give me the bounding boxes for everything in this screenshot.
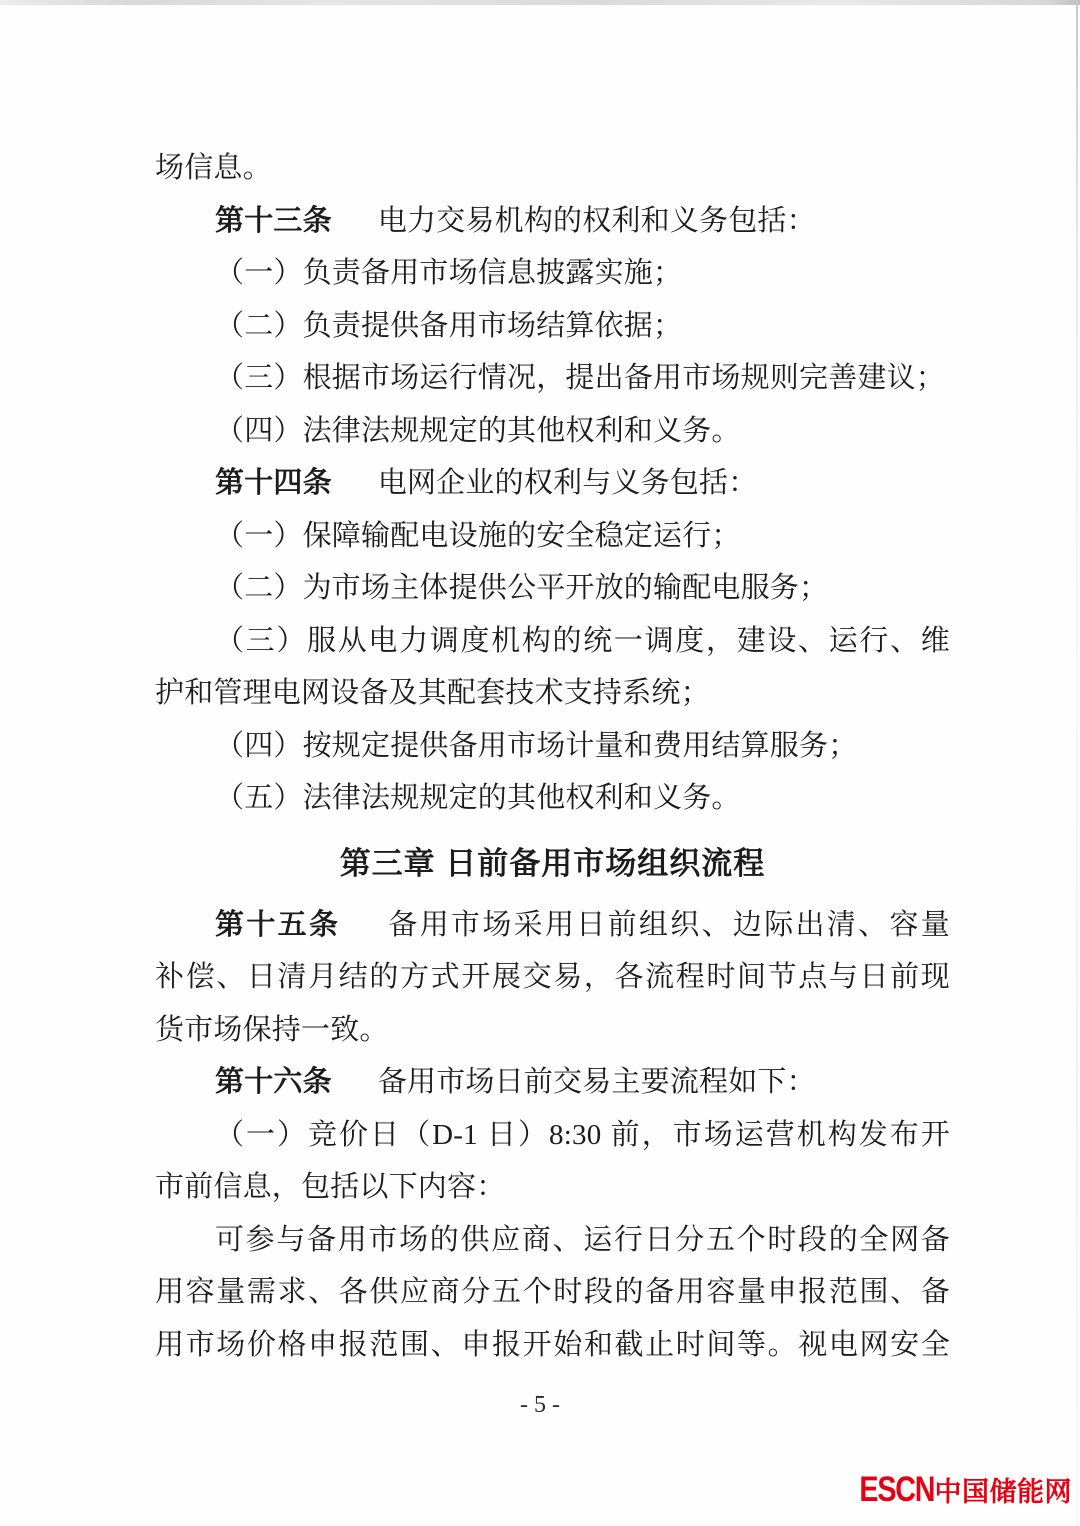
text-line: （四）按规定提供备用市场计量和费用结算服务； — [155, 726, 950, 779]
text-line: 第十六条备用市场日前交易主要流程如下： — [155, 1062, 950, 1115]
text-line: （三）根据市场运行情况，提出备用市场规则完善建议； — [155, 358, 950, 411]
scan-edge-top — [0, 0, 1080, 5]
text-line: （一）竞价日（D-1 日）8:30 前，市场运营机构发布开 — [155, 1115, 950, 1168]
text-run: （三）服从电力调度机构的统一调度，建设、运行、维 — [215, 625, 950, 657]
text-line: 用市场价格申报范围、申报开始和截止时间等。视电网安全 — [155, 1325, 950, 1378]
text-line: 第十三条电力交易机构的权利和义务包括： — [155, 201, 950, 254]
text-run: 第三章 日前备用市场组织流程 — [340, 846, 766, 881]
scan-edge-right — [1076, 0, 1078, 1526]
text-run: （一）竞价日（D-1 日）8:30 前，市场运营机构发布开 — [215, 1119, 950, 1151]
page-number: - 5 - — [0, 1392, 1080, 1419]
text-run: 场信息。 — [155, 152, 272, 184]
article-number: 第十四条 — [215, 467, 332, 499]
text-run: （四）按规定提供备用市场计量和费用结算服务； — [215, 730, 857, 762]
text-run: （二）负责提供备用市场结算依据； — [215, 310, 682, 342]
logo-latin-text: ESCN — [860, 1470, 935, 1510]
text-line: （三）服从电力调度机构的统一调度，建设、运行、维 — [155, 621, 950, 674]
text-line: 第十四条电网企业的权利与义务包括： — [155, 463, 950, 516]
text-run: 备用市场日前交易主要流程如下： — [378, 1066, 816, 1098]
text-run: 电网企业的权利与义务包括： — [378, 467, 758, 499]
text-run: （一）负责备用市场信息披露实施； — [215, 257, 682, 289]
chapter-heading: 第三章 日前备用市场组织流程 — [155, 831, 950, 905]
text-line: （二）负责提供备用市场结算依据； — [155, 306, 950, 359]
text-line: （四）法律法规规定的其他权利和义务。 — [155, 411, 950, 464]
document-body: 场信息。第十三条电力交易机构的权利和义务包括：（一）负责备用市场信息披露实施；（… — [155, 148, 950, 1377]
article-number: 第十三条 — [215, 205, 332, 237]
text-line: 市前信息，包括以下内容： — [155, 1167, 950, 1220]
text-run: 市前信息，包括以下内容： — [155, 1171, 505, 1203]
text-run: （三）根据市场运行情况，提出备用市场规则完善建议； — [215, 362, 945, 394]
text-line: （五）法律法规规定的其他权利和义务。 — [155, 778, 950, 831]
article-number: 第十六条 — [215, 1066, 332, 1098]
text-run: 用市场价格申报范围、申报开始和截止时间等。视电网安全 — [155, 1329, 950, 1361]
text-run: 可参与备用市场的供应商、运行日分五个时段的全网备 — [215, 1224, 950, 1256]
text-run: 护和管理电网设备及其配套技术支持系统； — [155, 677, 710, 709]
document-page: 场信息。第十三条电力交易机构的权利和义务包括：（一）负责备用市场信息披露实施；（… — [0, 0, 1080, 1526]
text-line: 场信息。 — [155, 148, 950, 201]
text-line: 第十五条备用市场采用日前组织、边际出清、容量 — [155, 905, 950, 958]
brand-logo: ESCN中国储能网 — [843, 1470, 1072, 1510]
text-line: （二）为市场主体提供公平开放的输配电服务； — [155, 568, 950, 621]
text-run: 补偿、日清月结的方式开展交易，各流程时间节点与日前现 — [155, 961, 950, 993]
text-line: 护和管理电网设备及其配套技术支持系统； — [155, 673, 950, 726]
text-line: （一）负责备用市场信息披露实施； — [155, 253, 950, 306]
text-run: 电力交易机构的权利和义务包括： — [378, 205, 816, 237]
text-run: 货市场保持一致。 — [155, 1014, 389, 1046]
logo-cjk-text: 中国储能网 — [935, 1470, 1073, 1509]
article-number: 第十五条 — [215, 909, 340, 941]
text-line: （一）保障输配电设施的安全稳定运行； — [155, 516, 950, 569]
text-run: （四）法律法规规定的其他权利和义务。 — [215, 415, 741, 447]
text-line: 可参与备用市场的供应商、运行日分五个时段的全网备 — [155, 1220, 950, 1273]
text-run: （五）法律法规规定的其他权利和义务。 — [215, 782, 741, 814]
text-run: （二）为市场主体提供公平开放的输配电服务； — [215, 572, 828, 604]
text-run: 用容量需求、各供应商分五个时段的备用容量申报范围、备 — [155, 1276, 950, 1308]
text-line: 货市场保持一致。 — [155, 1010, 950, 1063]
text-line: 补偿、日清月结的方式开展交易，各流程时间节点与日前现 — [155, 957, 950, 1010]
text-run: 备用市场采用日前组织、边际出清、容量 — [386, 909, 950, 941]
text-run: （一）保障输配电设施的安全稳定运行； — [215, 520, 741, 552]
text-line: 用容量需求、各供应商分五个时段的备用容量申报范围、备 — [155, 1272, 950, 1325]
